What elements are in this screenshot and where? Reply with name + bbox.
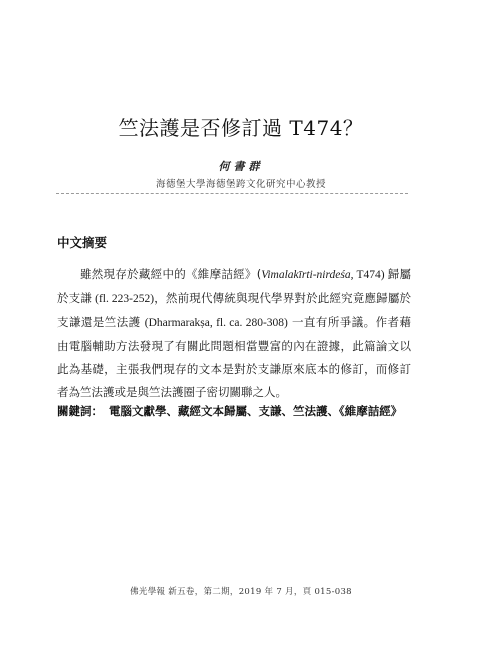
author-affiliation: 海德堡大學海德堡跨文化研究中心教授 xyxy=(0,176,482,190)
paper-title: 竺法護是否修訂過 T474？ xyxy=(0,113,482,143)
dharmaraksa-dates: (Dharmarakṣa, fl. ca. 280-308) xyxy=(145,317,288,329)
abstract-part-1: 雖然現存於藏經中的《維摩詰經》( xyxy=(80,267,261,281)
keywords-label: 關鍵詞： xyxy=(57,404,103,418)
journal-footer: 佛光學報 新五卷，第二期，2019 年 7 月，頁 015-038 xyxy=(0,585,482,597)
abstract-text: 雖然現存於藏經中的《維摩詰經》(Vimalakīrti-nirdeśa, T47… xyxy=(57,263,411,404)
abstract-heading: 中文摘要 xyxy=(57,233,107,251)
author-name: 何書群 xyxy=(0,158,482,174)
sanskrit-title: Vimalakīrti-nirdeśa, xyxy=(261,269,353,281)
zhiqian-dates: (fl. 223-252) xyxy=(95,293,154,305)
keywords-list: 電腦文獻學、藏經文本歸屬、支謙、竺法護、《維摩詰經》 xyxy=(109,404,402,418)
keywords-line: 關鍵詞：電腦文獻學、藏經文本歸屬、支謙、竺法護、《維摩詰經》 xyxy=(57,403,437,419)
document-page: 竺法護是否修訂過 T474？ 何書群 海德堡大學海德堡跨文化研究中心教授 中文摘… xyxy=(0,0,482,652)
header-divider xyxy=(56,193,408,194)
